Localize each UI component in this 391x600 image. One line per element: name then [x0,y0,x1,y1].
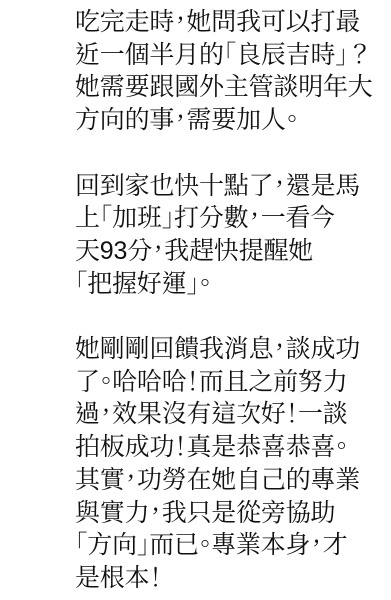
paragraph-3: 她剛剛回饋我消息，談成功 了。哈哈哈！而且之前努力 過，效果沒有這次好！一談 拍… [75,333,391,595]
text-line: 吃完走時，她問我可以打最 [75,6,391,39]
text-line: 回到家也快十點了，還是馬 [75,170,391,203]
paragraph-1: 吃完走時，她問我可以打最 近一個半月的「良辰吉時」？ 她需要跟國外主管談明年大 … [75,6,391,137]
text-line: 方向的事，需要加人。 [75,104,391,137]
text-line: 她剛剛回饋我消息，談成功 [75,333,391,366]
text-line: 「方向」而已。專業本身，才 [75,529,391,562]
text-line: 與實力，我只是從旁協助 [75,497,391,530]
text-line: 天93分，我趕快提醒她 [75,235,391,268]
text-line: 「把握好運」。 [75,268,391,301]
text-line: 是根本！ [75,562,391,595]
text-line: 了。哈哈哈！而且之前努力 [75,366,391,399]
text-line: 過，效果沒有這次好！一談 [75,398,391,431]
text-line: 她需要跟國外主管談明年大 [75,71,391,104]
text-line: 近一個半月的「良辰吉時」？ [75,39,391,72]
paragraph-2: 回到家也快十點了，還是馬 上「加班」打分數，一看今 天93分，我趕快提醒她 「把… [75,170,391,301]
text-line: 上「加班」打分數，一看今 [75,202,391,235]
text-line: 拍板成功！真是恭喜恭喜。 [75,431,391,464]
text-line: 其實，功勞在她自己的專業 [75,464,391,497]
article-text-block: 吃完走時，她問我可以打最 近一個半月的「良辰吉時」？ 她需要跟國外主管談明年大 … [75,6,391,595]
